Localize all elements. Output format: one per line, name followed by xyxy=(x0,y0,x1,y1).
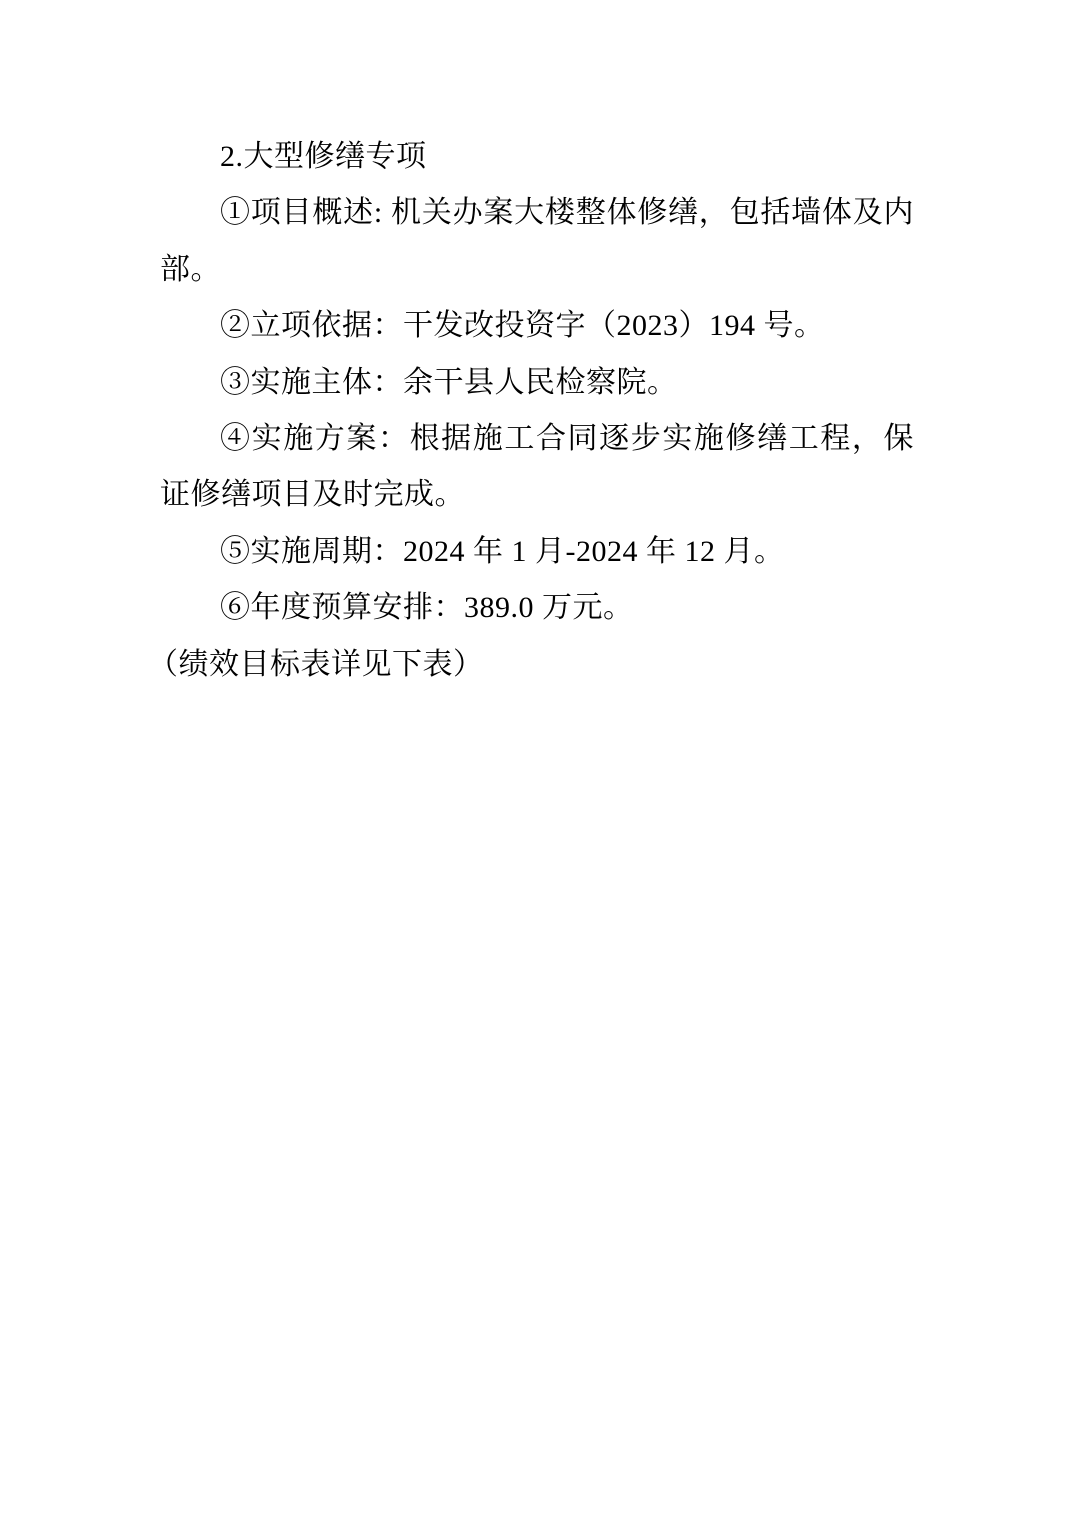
paragraph-annual-budget: ⑥年度预算安排：389.0 万元。 xyxy=(160,580,914,636)
paragraph-project-overview: ①项目概述: 机关办案大楼整体修缮，包括墙体及内部。 xyxy=(160,185,914,298)
paragraph-implementing-entity: ③实施主体：余干县人民检察院。 xyxy=(160,355,914,411)
document-page: 2.大型修缮专项 ①项目概述: 机关办案大楼整体修缮，包括墙体及内部。 ②立项依… xyxy=(0,0,1074,1520)
document-content: 2.大型修缮专项 ①项目概述: 机关办案大楼整体修缮，包括墙体及内部。 ②立项依… xyxy=(160,129,914,693)
section-heading: 2.大型修缮专项 xyxy=(160,129,914,185)
paragraph-approval-basis: ②立项依据：干发改投资字（2023）194 号。 xyxy=(160,298,914,354)
paragraph-implementation-period: ⑤实施周期：2024 年 1 月-2024 年 12 月。 xyxy=(160,524,914,580)
paragraph-implementation-plan: ④实施方案：根据施工合同逐步实施修缮工程，保证修缮项目及时完成。 xyxy=(160,411,914,524)
note-performance-target-table: （绩效目标表详见下表） xyxy=(148,637,914,693)
